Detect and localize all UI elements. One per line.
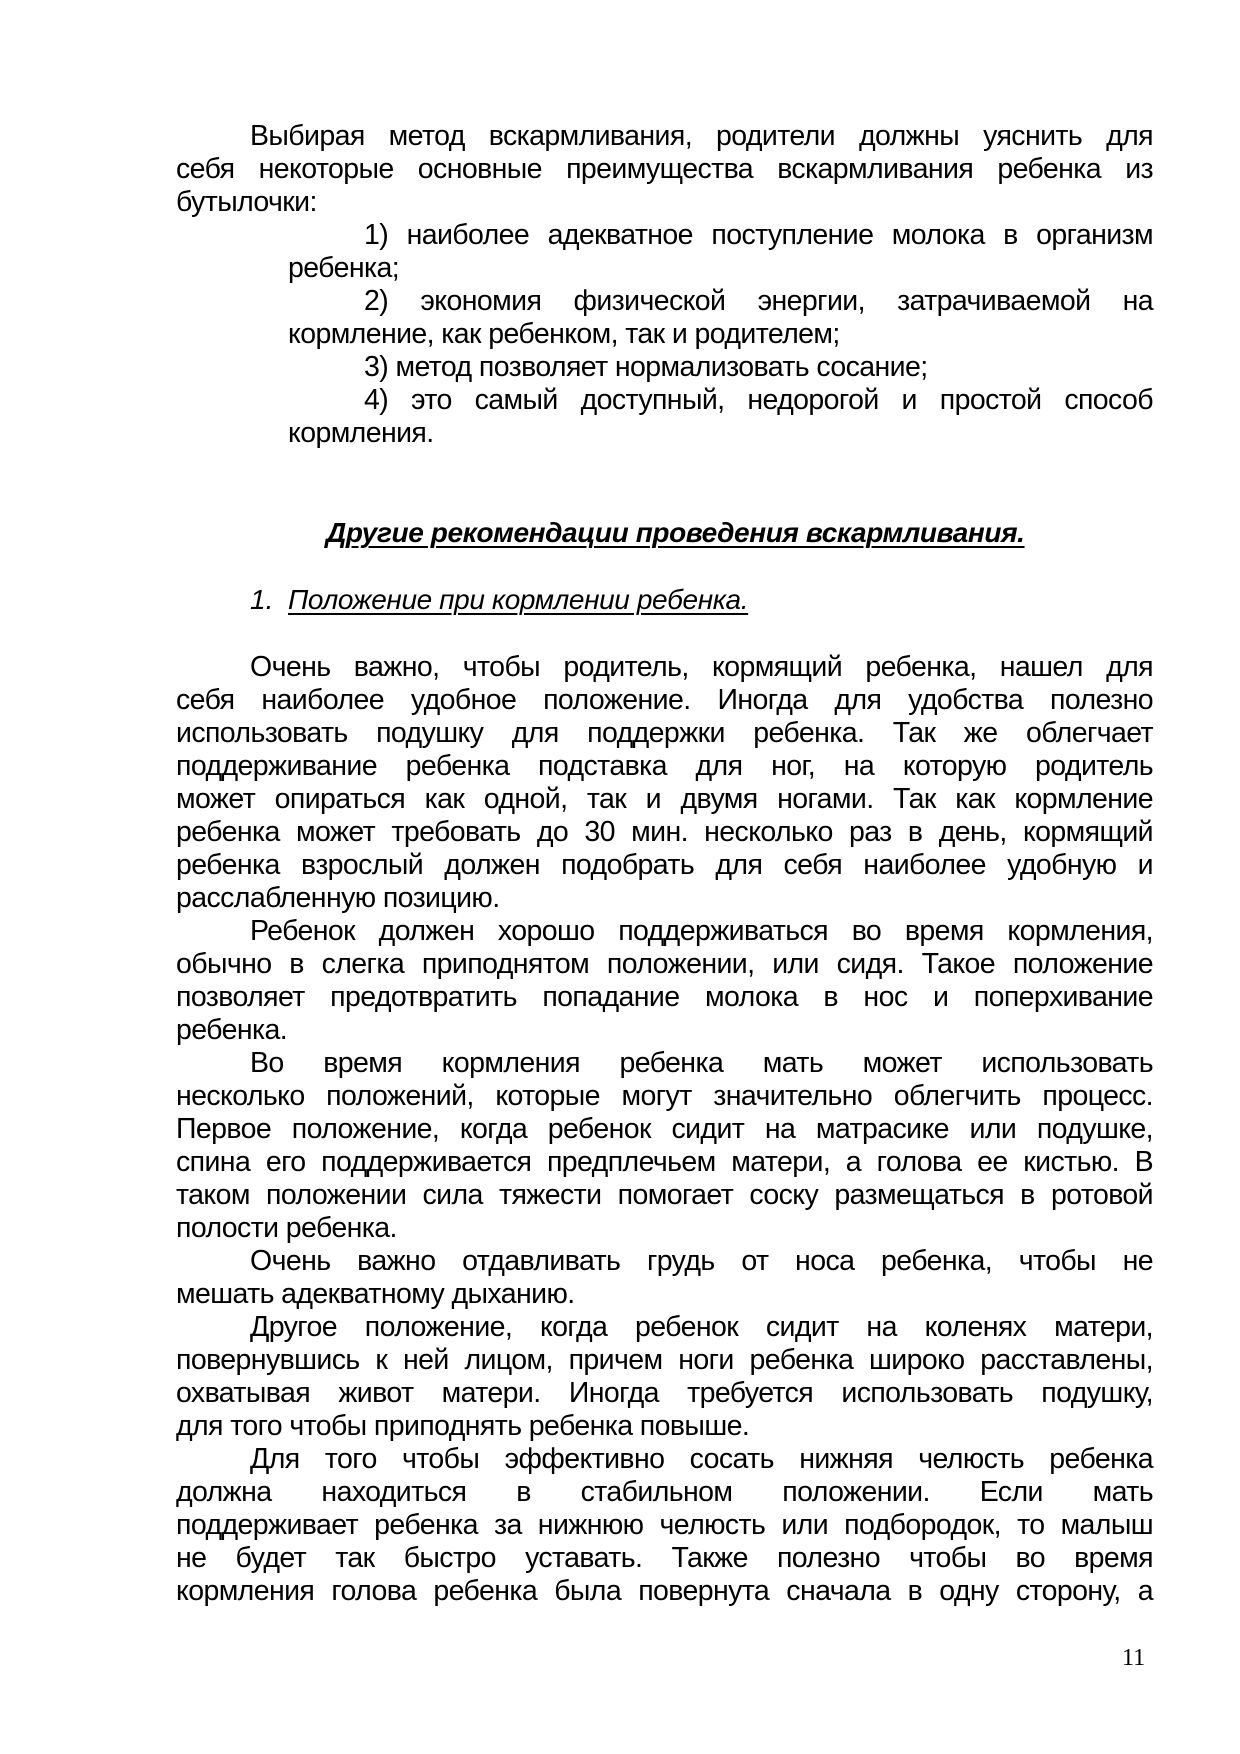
- advantage-item-cont: кормление, как ребенком, так и родителем…: [288, 318, 840, 351]
- body-line: Во время кормления ребенка мать может ис…: [250, 1047, 1153, 1080]
- advantage-item: 4) это самый доступный, недорогой и прос…: [364, 384, 1153, 417]
- body-line: Ребенок должен хорошо поддерживаться во …: [250, 915, 1153, 948]
- body-line: обычно в слегка приподнятом положении, и…: [176, 948, 1153, 981]
- body-line: охватывая живот матери. Иногда требуется…: [176, 1377, 1153, 1410]
- body-line: позволяет предотвратить попадание молока…: [176, 981, 1153, 1014]
- body-line: полости ребенка.: [176, 1212, 397, 1245]
- body-line: Для того чтобы эффективно сосать нижняя …: [250, 1443, 1153, 1476]
- advantage-item: 1) наиболее адекватное поступление молок…: [364, 219, 1153, 252]
- body-line: Другое положение, когда ребенок сидит на…: [250, 1311, 1153, 1344]
- subsection-number: 1.: [250, 584, 273, 616]
- intro-line: Выбирая метод вскармливания, родители до…: [250, 120, 1153, 153]
- body-line: расслабленную позицию.: [176, 882, 500, 915]
- advantage-item: 2) экономия физической энергии, затрачив…: [364, 285, 1153, 318]
- advantage-item-cont: ребенка;: [288, 252, 399, 285]
- body-line: несколько положений, которые могут значи…: [176, 1080, 1153, 1113]
- body-line: Первое положение, когда ребенок сидит на…: [176, 1113, 1153, 1146]
- section-heading: Другие рекомендации проведения вскармлив…: [326, 517, 1025, 549]
- intro-line: себя некоторые основные преимущества вск…: [176, 153, 1153, 186]
- body-line: таком положении сила тяжести помогает со…: [176, 1179, 1153, 1212]
- subsection-title: Положение при кормлении ребенка.: [288, 584, 748, 616]
- body-line: себя наиболее удобное положение. Иногда …: [176, 684, 1153, 717]
- body-line: поддерживание ребенка подставка для ног,…: [176, 750, 1153, 783]
- body-line: ребенка взрослый должен подобрать для се…: [176, 849, 1153, 882]
- advantage-item-cont: кормления.: [288, 417, 434, 450]
- body-line: должна находиться в стабильном положении…: [176, 1476, 1153, 1509]
- body-line: для того чтобы приподнять ребенка повыше…: [176, 1410, 749, 1443]
- body-line: повернувшись к ней лицом, причем ноги ре…: [176, 1344, 1153, 1377]
- body-line: Очень важно отдавливать грудь от носа ре…: [250, 1245, 1153, 1278]
- body-line: использовать подушку для поддержки ребен…: [176, 717, 1153, 750]
- advantage-item: 3) метод позволяет нормализовать сосание…: [364, 351, 928, 384]
- body-line: может опираться как одной, так и двумя н…: [176, 783, 1153, 816]
- body-line: кормления голова ребенка была повернута …: [176, 1575, 1153, 1608]
- intro-line: бутылочки:: [176, 186, 317, 219]
- body-line: ребенка может требовать до 30 мин. неско…: [176, 816, 1153, 849]
- page-number: 11: [1122, 1645, 1145, 1672]
- body-line: не будет так быстро уставать. Также поле…: [176, 1542, 1153, 1575]
- body-line: спина его поддерживается предплечьем мат…: [176, 1146, 1153, 1179]
- body-line: ребенка.: [176, 1014, 287, 1047]
- document-page: Выбирая метод вскармливания, родители до…: [0, 0, 1240, 1754]
- body-line: Очень важно, чтобы родитель, кормящий ре…: [250, 651, 1153, 684]
- body-line: поддерживает ребенка за нижнюю челюсть и…: [176, 1509, 1153, 1542]
- body-line: мешать адекватному дыханию.: [176, 1278, 575, 1311]
